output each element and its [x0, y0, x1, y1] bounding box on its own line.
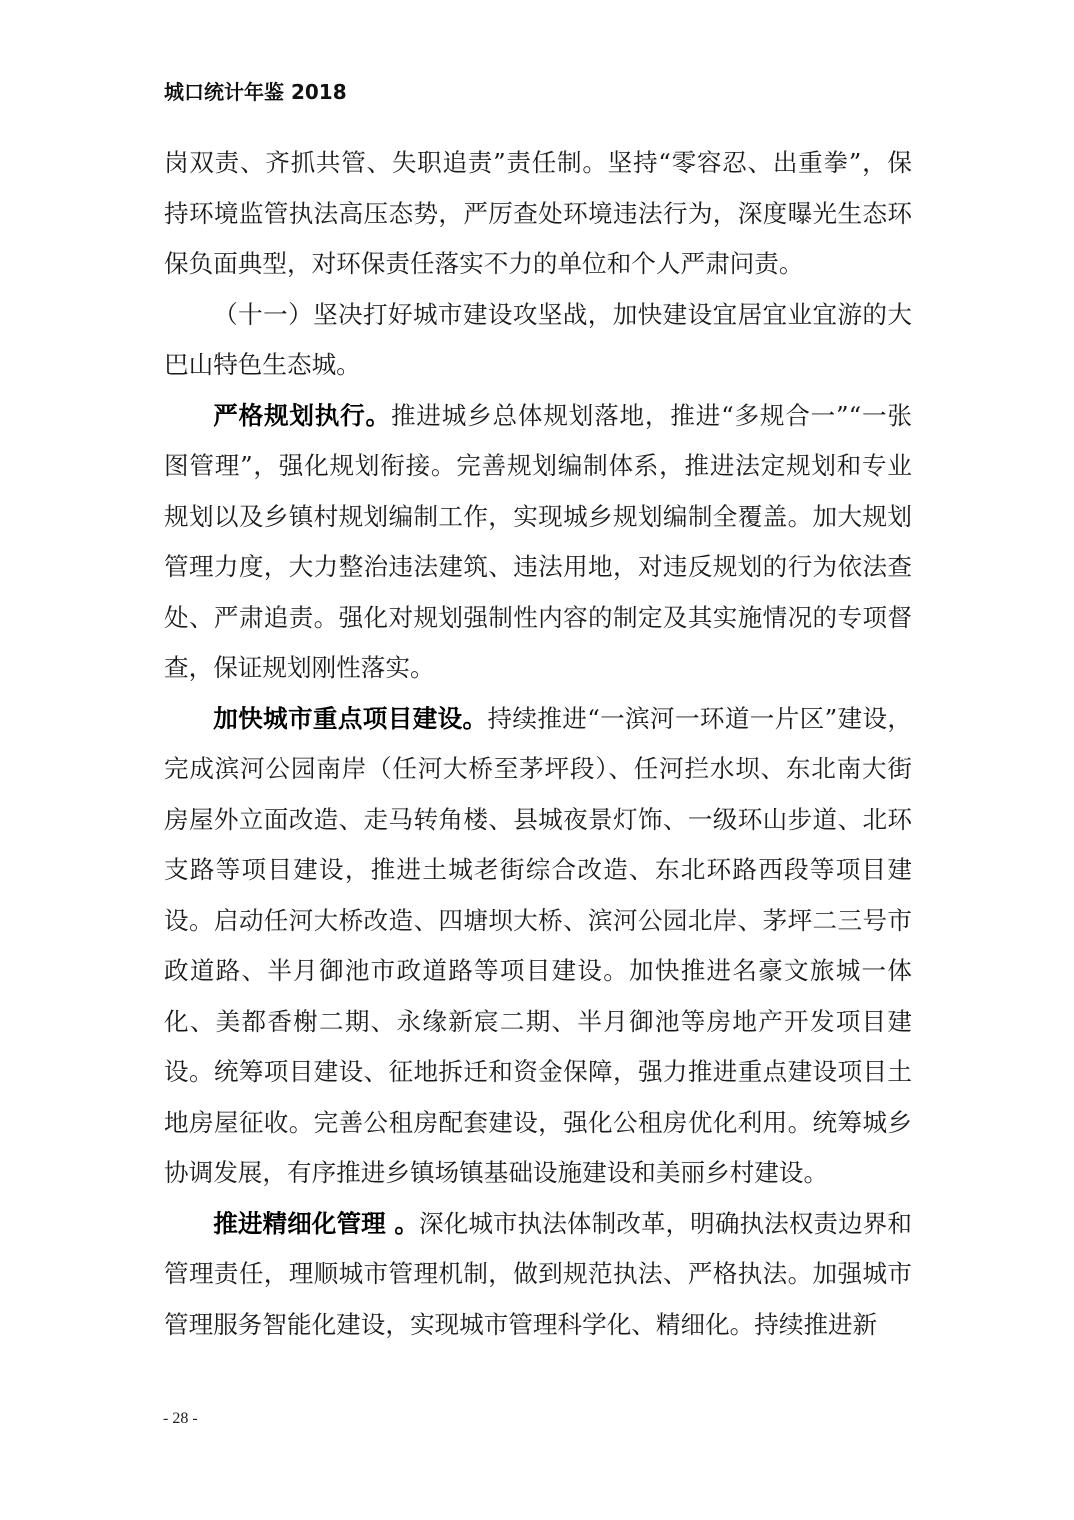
paragraph-environment-accountability: 岗双责、齐抓共管、失职追责”责任制。坚持“零容忍、出重拳”，保持环境监管执法高压…: [164, 138, 912, 290]
document-page: 城口统计年鉴 2018 岗双责、齐抓共管、失职追责”责任制。坚持“零容忍、出重拳…: [0, 0, 1074, 1520]
paragraph-lead-heading: 推进精细化管理 。: [213, 1209, 419, 1238]
paragraph-planning-execution: 严格规划执行。推进城乡总体规划落地，推进“多规合一”“一张图管理”，强化规划衔接…: [164, 391, 912, 694]
section-heading-text: （十一）坚决打好城市建设攻坚战，加快建设宜居宜业宜游的大巴山特色生态城。: [164, 300, 912, 380]
paragraph-lead-heading: 严格规划执行。: [213, 401, 391, 430]
body-text: 岗双责、齐抓共管、失职追责”责任制。坚持“零容忍、出重拳”，保持环境监管执法高压…: [164, 138, 912, 1350]
paragraph-text: 推进城乡总体规划落地，推进“多规合一”“一张图管理”，强化规划衔接。完善规划编制…: [164, 401, 912, 683]
paragraph-key-projects: 加快城市重点项目建设。持续推进“一滨河一环道一片区”建设，完成滨河公园南岸（任河…: [164, 694, 912, 1199]
paragraph-lead-heading: 加快城市重点项目建设。: [213, 704, 487, 733]
running-header-title: 城口统计年鉴 2018: [164, 78, 347, 106]
paragraph-refined-management: 推进精细化管理 。深化城市执法体制改革，明确执法权责边界和管理责任，理顺城市管理…: [164, 1199, 912, 1351]
paragraph-text: 岗双责、齐抓共管、失职追责”责任制。坚持“零容忍、出重拳”，保持环境监管执法高压…: [164, 148, 912, 278]
section-heading-city-construction: （十一）坚决打好城市建设攻坚战，加快建设宜居宜业宜游的大巴山特色生态城。: [164, 290, 912, 391]
paragraph-text: 持续推进“一滨河一环道一片区”建设，完成滨河公园南岸（任河大桥至茅坪段）、任河拦…: [164, 704, 912, 1188]
page-number: - 28 -: [163, 1409, 198, 1429]
